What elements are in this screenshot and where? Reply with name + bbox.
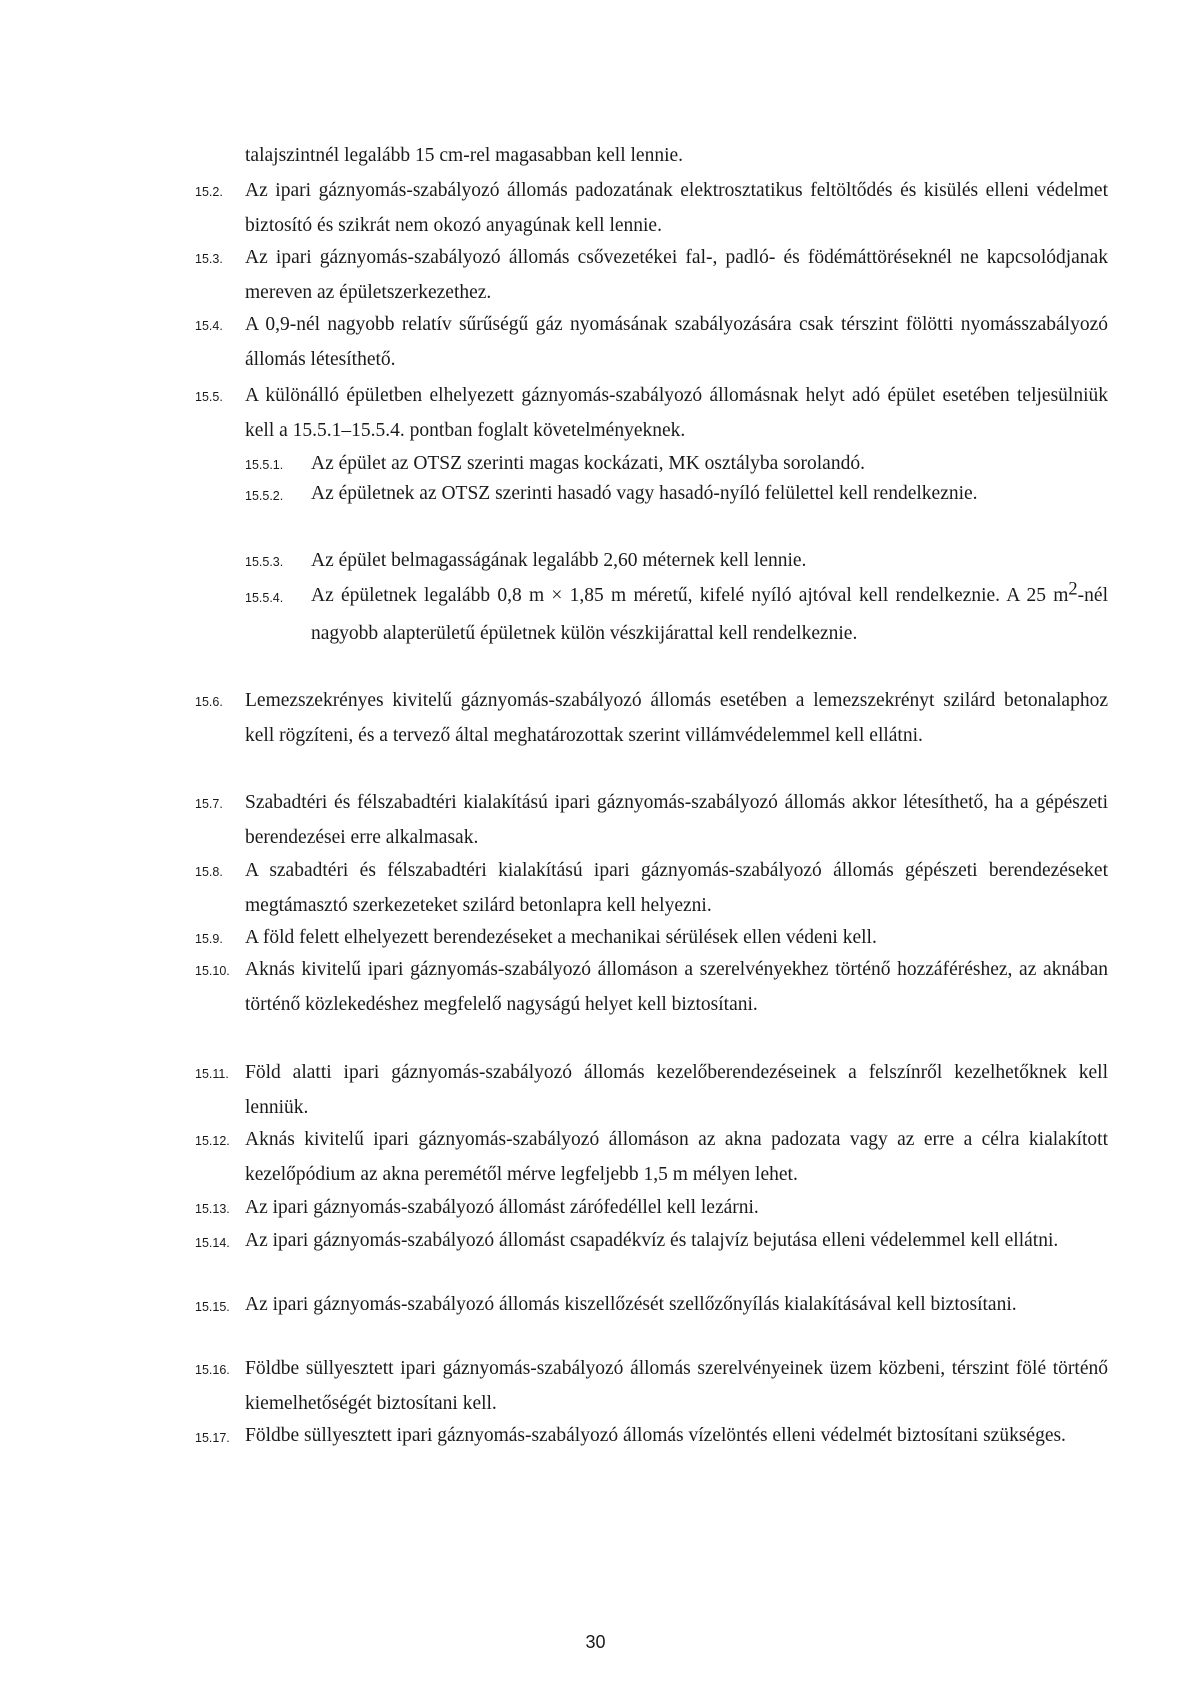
item-text: Az ipari gáznyomás-szabályozó állomás cs… [245,240,1108,310]
item-text: Föld alatti ipari gáznyomás-szabályozó á… [245,1055,1108,1125]
subitem-number: 15.5.4. [245,577,311,653]
item-text: Az ipari gáznyomás-szabályozó állomást c… [245,1227,1108,1257]
item-15-7: 15.7. Szabadtéri és félszabadtéri kialak… [195,785,1108,855]
subitem-text: Az épületnek legalább 0,8 m × 1,85 m mér… [311,577,1108,653]
item-15-8: 15.8. A szabadtéri és félszabadtéri kial… [195,853,1108,923]
subitem-15-5-2: 15.5.2. Az épületnek az OTSZ szerinti ha… [195,480,1108,510]
subitem-text: Az épületnek az OTSZ szerinti hasadó vag… [311,480,1108,510]
subitem-number: 15.5.3. [245,543,311,580]
item-number: 15.15. [195,1291,245,1321]
item-text: Az ipari gáznyomás-szabályozó állomás pa… [245,173,1108,243]
superscript: 2 [1068,579,1077,600]
item-15-4: 15.4. A 0,9-nél nagyobb relatív sűrűségű… [195,307,1108,377]
document-page: talajszintnél legalább 15 cm-rel magasab… [0,0,1191,1684]
item-number: 15.11. [195,1055,245,1125]
item-text: A szabadtéri és félszabadtéri kialakítás… [245,853,1108,923]
item-text: Szabadtéri és félszabadtéri kialakítású … [245,785,1108,855]
subitem-text: Az épület belmagasságának legalább 2,60 … [311,543,1108,580]
item-text: A különálló épületben elhelyezett gáznyo… [245,378,1108,448]
item-15-12: 15.12. Aknás kivitelű ipari gáznyomás-sz… [195,1122,1108,1192]
item-number: 15.3. [195,240,245,310]
item-15-16: 15.16. Földbe süllyesztett ipari gáznyom… [195,1351,1108,1421]
item-15-2: 15.2. Az ipari gáznyomás-szabályozó állo… [195,173,1108,243]
item-15-13: 15.13. Az ipari gáznyomás-szabályozó áll… [195,1190,1108,1227]
item-text: Az ipari gáznyomás-szabályozó állomás ki… [245,1291,1108,1321]
item-15-14: 15.14. Az ipari gáznyomás-szabályozó áll… [195,1227,1108,1257]
item-number: 15.8. [195,853,245,923]
subitem-15-5-3: 15.5.3. Az épület belmagasságának legalá… [195,543,1108,580]
item-number: 15.12. [195,1122,245,1192]
item-number: 15.17. [195,1422,245,1452]
subitem-text: Az épület az OTSZ szerinti magas kockáza… [311,446,1108,483]
item-number: 15.4. [195,307,245,377]
item-number: 15.7. [195,785,245,855]
item-15-11: 15.11. Föld alatti ipari gáznyomás-szabá… [195,1055,1108,1125]
item-text: A 0,9-nél nagyobb relatív sűrűségű gáz n… [245,307,1108,377]
item-number: 15.6. [195,683,245,753]
item-number: 15.10. [195,952,245,1022]
item-text: Az ipari gáznyomás-szabályozó állomást z… [245,1190,1108,1227]
item-text: Aknás kivitelű ipari gáznyomás-szabályoz… [245,952,1108,1022]
item-15-15: 15.15. Az ipari gáznyomás-szabályozó áll… [195,1291,1108,1321]
item-number: 15.14. [195,1227,245,1257]
continuation-paragraph: talajszintnél legalább 15 cm-rel magasab… [195,138,1158,173]
item-15-10: 15.10. Aknás kivitelű ipari gáznyomás-sz… [195,952,1108,1022]
subitem-number: 15.5.1. [245,446,311,483]
item-number: 15.16. [195,1351,245,1421]
page-number: 30 [0,1632,1191,1653]
item-15-6: 15.6. Lemezszekrényes kivitelű gáznyomás… [195,683,1108,753]
item-text: Földbe süllyesztett ipari gáznyomás-szab… [245,1422,1108,1452]
item-15-3: 15.3. Az ipari gáznyomás-szabályozó állo… [195,240,1108,310]
subitem-15-5-1: 15.5.1. Az épület az OTSZ szerinti magas… [195,446,1108,483]
item-15-5: 15.5. A különálló épületben elhelyezett … [195,378,1108,448]
item-text: Földbe süllyesztett ipari gáznyomás-szab… [245,1351,1108,1421]
subitem-15-5-4: 15.5.4. Az épületnek legalább 0,8 m × 1,… [195,577,1108,653]
item-number: 15.13. [195,1190,245,1227]
item-text: Aknás kivitelű ipari gáznyomás-szabályoz… [245,1122,1108,1192]
item-number: 15.5. [195,378,245,448]
item-text: Lemezszekrényes kivitelű gáznyomás-szabá… [245,683,1108,753]
subitem-number: 15.5.2. [245,480,311,510]
item-number: 15.2. [195,173,245,243]
item-15-17: 15.17. Földbe süllyesztett ipari gáznyom… [195,1422,1108,1452]
